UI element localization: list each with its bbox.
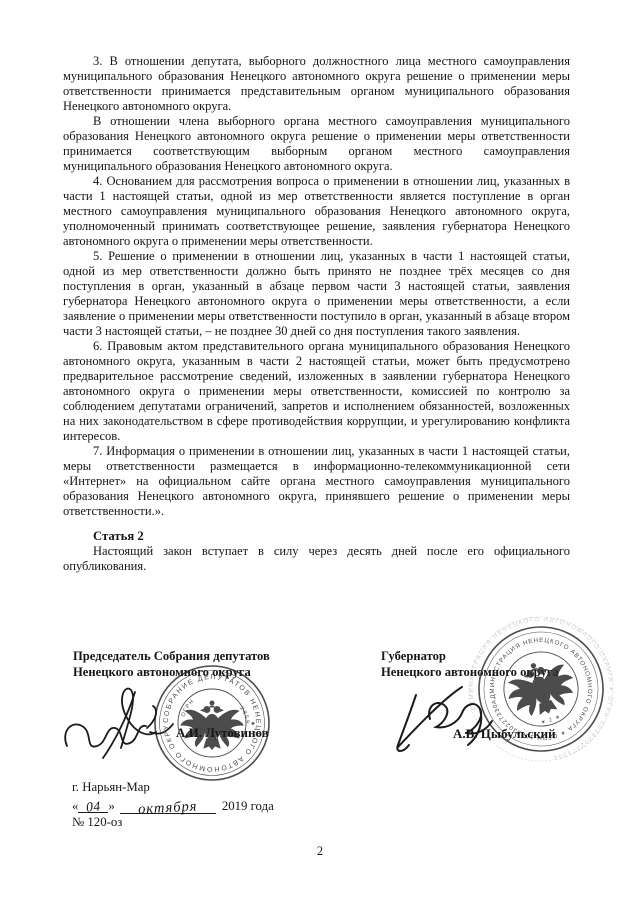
date-month-blank: октября: [120, 799, 216, 814]
signer-title-chairman: Председатель Собрания депутатов Ненецког…: [73, 648, 270, 680]
signer-title-governor-line1: Губернатор: [381, 648, 559, 664]
article-2-text: Настоящий закон вступает в силу через де…: [63, 544, 570, 574]
handwritten-month: октября: [138, 799, 198, 818]
signer-name-lutovinov: А.И. Лутовинов: [176, 725, 269, 741]
svg-text:ОГРН: ОГРН: [181, 698, 196, 717]
law-body-text: 3. В отношении депутата, выборного должн…: [63, 54, 570, 574]
signer-title-governor: Губернатор Ненецкого автономного округа: [381, 648, 559, 680]
handwritten-day: 04: [86, 798, 102, 815]
issue-year: 2019 года: [222, 799, 274, 813]
seal-inner-mark: ✶ 2 ✶: [540, 713, 562, 726]
signer-name-tsybulsky: А.В. Цыбульский: [453, 726, 556, 742]
signer-title-chairman-line1: Председатель Собрания депутатов: [73, 648, 270, 664]
issue-city: г. Нарьян-Мар: [72, 780, 274, 796]
page-number: 2: [0, 844, 640, 859]
issue-block: г. Нарьян-Мар «04»октября2019 года № 120…: [72, 780, 274, 831]
signer-title-chairman-line2: Ненецкого автономного округа: [73, 664, 270, 680]
svg-text:АДМИНИСТРАЦИЯ НЕНЕЦКОГО АВТОНО: АДМИНИСТРАЦИЯ НЕНЕЦКОГО АВТОНОМНОГО ОКРУ…: [453, 601, 629, 777]
signer-title-governor-line2: Ненецкого автономного округа: [381, 664, 559, 680]
quote-close: »: [108, 799, 114, 813]
seal-ogrn-digits: 2859: [238, 706, 250, 725]
seal-outer-ghost-text: АДМИНИСТРАЦИЯ НЕНЕЦКОГО АВТОНОМНОГО ОКРУ…: [453, 601, 629, 777]
paragraph-4: 4. Основанием для рассмотрения вопроса о…: [63, 174, 570, 249]
issue-date-line: «04»октября2019 года: [72, 798, 274, 815]
svg-text:2859: 2859: [238, 706, 250, 725]
seal-bottom-marks: · · · · ·: [196, 767, 227, 772]
paragraph-7: 7. Информация о применении в отношении л…: [63, 444, 570, 519]
article-2-heading: Статья 2: [63, 529, 570, 544]
document-page: 3. В отношении депутата, выборного должн…: [0, 0, 640, 905]
paragraph-3: 3. В отношении депутата, выборного должн…: [63, 54, 570, 114]
seal-ogrn-label: ОГРН: [181, 698, 196, 717]
date-day-blank: 04: [78, 798, 108, 813]
paragraph-5: 5. Решение о применении в отношении лиц,…: [63, 249, 570, 339]
paragraph-6: 6. Правовым актом представительного орга…: [63, 339, 570, 444]
signature-governor: [385, 675, 515, 775]
document-number: № 120-оз: [72, 815, 274, 831]
paragraph-3-abzac-2: В отношении члена выборного органа местн…: [63, 114, 570, 174]
official-seal-administration: АДМИНИСТРАЦИЯ НЕНЕЦКОГО АВТОНОМНОГО ОКРУ…: [453, 601, 629, 777]
